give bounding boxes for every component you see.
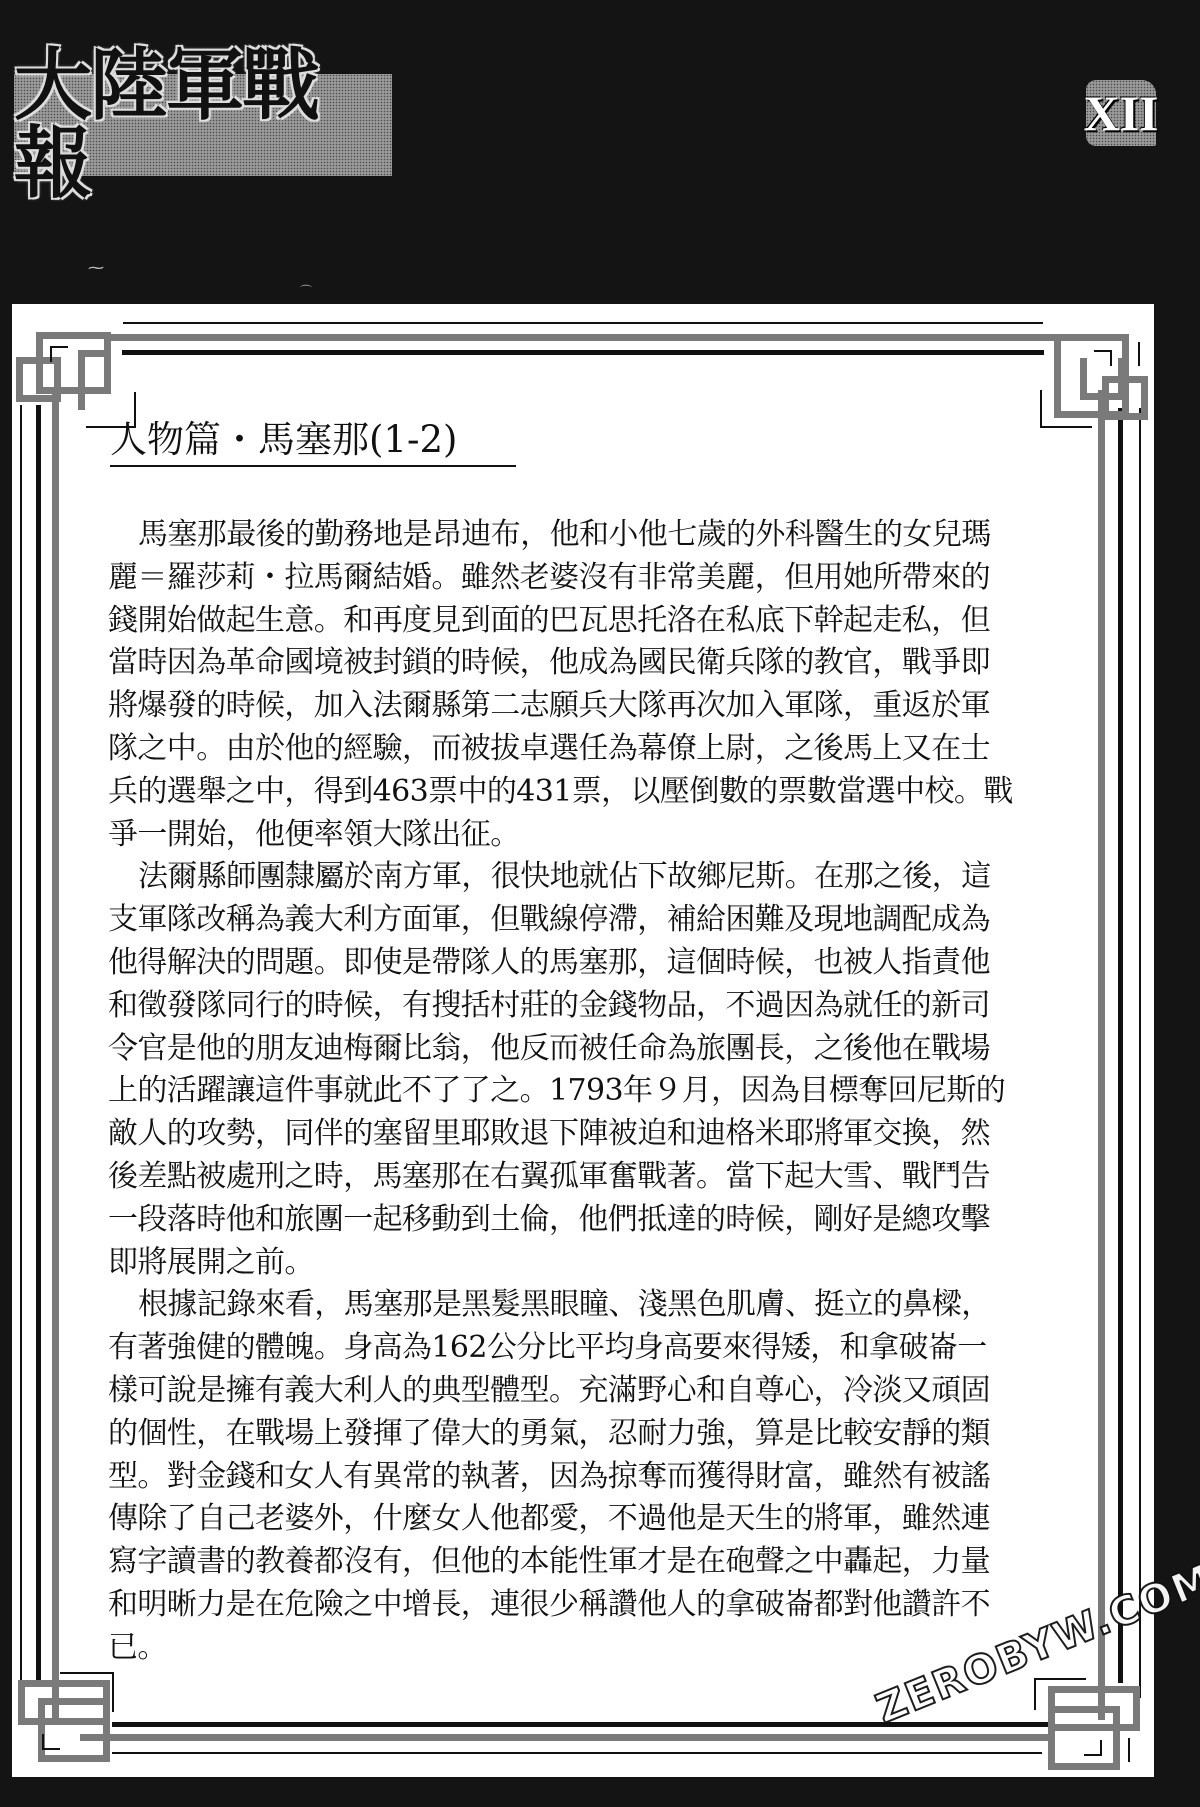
- scan-speck: ⌒: [300, 282, 312, 299]
- series-title-badge: 大陸軍戰報: [14, 74, 392, 176]
- corner-ornament-bottom-left: [16, 1672, 116, 1772]
- text-line: 爭一開始，他便率領大隊出征。: [78, 814, 1048, 857]
- corner-ornament-top-left: [16, 312, 116, 412]
- paragraph-2: 法爾縣師團隸屬於南方軍，很快地就佔下故鄉尼斯。在那之後，這 支軍隊改稱為義大利方…: [108, 856, 1048, 1284]
- text-line: 隊之中。由於他的經驗，而被拔卓選任為幕僚上尉，之後馬上又在士: [78, 728, 1048, 771]
- text-line: 的個性，在戰場上發揮了偉大的勇氣，忍耐力強，算是比較安靜的類: [78, 1413, 1048, 1456]
- frame-top-grey-band: [110, 334, 1060, 341]
- text-line: 後差點被處刑之時，馬塞那在右翼孤軍奮戰著。當下起大雪、戰鬥告: [78, 1156, 1048, 1199]
- text-line: 即將展開之前。: [78, 1242, 1048, 1285]
- heading-underline: [110, 465, 516, 467]
- text-line: 寫字讀書的教養都沒有，但他的本能性軍才是在砲聲之中轟起，力量: [78, 1541, 1048, 1584]
- text-line: 令官是他的朋友迪梅爾比翁，他反而被任命為旅團長，之後他在戰場: [78, 1028, 1048, 1071]
- text-line: 已。: [78, 1627, 1048, 1670]
- text-line: 有著強健的體魄。身高為162公分比平均身高要來得矮，和拿破崙一: [78, 1327, 1048, 1370]
- text-line: 根據記錄來看，馬塞那是黑髮黑眼瞳、淺黑色肌膚、挺立的鼻樑，: [108, 1284, 1048, 1327]
- text-line: 他得解決的問題。即使是帶隊人的馬塞那，這個時候，也被人指責他: [78, 942, 1048, 985]
- text-line: 當時因為革命國境被封鎖的時候，他成為國民衛兵隊的教官，戰爭即: [78, 642, 1048, 685]
- text-line: 和明晰力是在危險之中增長，連很少稱讚他人的拿破崙都對他讚許不: [78, 1584, 1048, 1627]
- paragraph-1: 馬塞那最後的勤務地是昂迪布，他和小他七歲的外科醫生的女兒瑪 麗＝羅莎莉・拉馬爾結…: [108, 514, 1048, 856]
- article-heading: 人物篇・馬塞那(1-2): [110, 418, 457, 462]
- text-line: 一段落時他和旅團一起移動到土倫，他們抵達的時候，剛好是總攻擊: [78, 1199, 1048, 1242]
- frame-bottom-thin-line: [112, 1752, 1042, 1754]
- frame-left-black-line: [36, 405, 41, 1680]
- frame-bottom-grey-band: [80, 1734, 1050, 1741]
- corner-ornament-top-right: [1050, 312, 1150, 412]
- scan-speck: ⁓: [88, 258, 104, 277]
- text-line: 型。對金錢和女人有異常的執著，因為掠奪而獲得財富，雖然有被謠: [78, 1456, 1048, 1499]
- text-line: 法爾縣師團隸屬於南方軍，很快地就佔下故鄉尼斯。在那之後，這: [108, 856, 1048, 899]
- frame-right-thin-line: [1139, 408, 1141, 1698]
- text-line: 錢開始做起生意。和再度見到面的巴瓦思托洛在私底下幹起走私，但: [78, 600, 1048, 643]
- text-line: 樣可說是擁有義大利人的典型體型。充滿野心和自尊心，冷淡又頑固: [78, 1370, 1048, 1413]
- text-line: 上的活躍讓這件事就此不了了之。1793年９月，因為目標奪回尼斯的: [78, 1070, 1048, 1113]
- frame-left-thin-line: [20, 405, 22, 1695]
- corner-ornament-bottom-right: [1040, 1680, 1140, 1780]
- text-line: 傳除了自己老婆外，什麼女人他都愛，不過他是天生的將軍，雖然連: [78, 1498, 1048, 1541]
- text-line: 兵的選舉之中，得到463票中的431票，以壓倒數的票數當選中校。戰: [78, 771, 1048, 814]
- article-body: 馬塞那最後的勤務地是昂迪布，他和小他七歲的外科醫生的女兒瑪 麗＝羅莎莉・拉馬爾結…: [108, 514, 1048, 1670]
- text-line: 將爆發的時候，加入法爾縣第二志願兵大隊再次加入軍隊，重返於軍: [78, 685, 1048, 728]
- text-line: 和徵發隊同行的時候，有搜括村莊的金錢物品，不過因為就任的新司: [78, 985, 1048, 1028]
- frame-right-black-line: [1118, 408, 1123, 1683]
- series-title: 大陸軍戰報: [14, 47, 392, 203]
- text-line: 馬塞那最後的勤務地是昂迪布，他和小他七歲的外科醫生的女兒瑪: [108, 514, 1048, 557]
- text-line: 敵人的攻勢，同伴的塞留里耶敗退下陣被迫和迪格米耶將軍交換，然: [78, 1113, 1048, 1156]
- frame-top-thin-line: [123, 322, 1043, 324]
- frame-top-black-line: [122, 350, 1044, 355]
- paragraph-3: 根據記錄來看，馬塞那是黑髮黑眼瞳、淺黑色肌膚、挺立的鼻樑， 有著強健的體魄。身高…: [108, 1284, 1048, 1669]
- text-line: 支軍隊改稱為義大利方面軍，但戰線停滯，補給困難及現地調配成為: [78, 899, 1048, 942]
- volume-badge: XII: [1086, 80, 1156, 146]
- text-line: 麗＝羅莎莉・拉馬爾結婚。雖然老婆沒有非常美麗，但用她所帶來的: [78, 557, 1048, 600]
- volume-numeral: XII: [1083, 88, 1158, 138]
- frame-left-grey-band: [52, 390, 59, 1720]
- frame-right-grey-band: [1098, 390, 1105, 1720]
